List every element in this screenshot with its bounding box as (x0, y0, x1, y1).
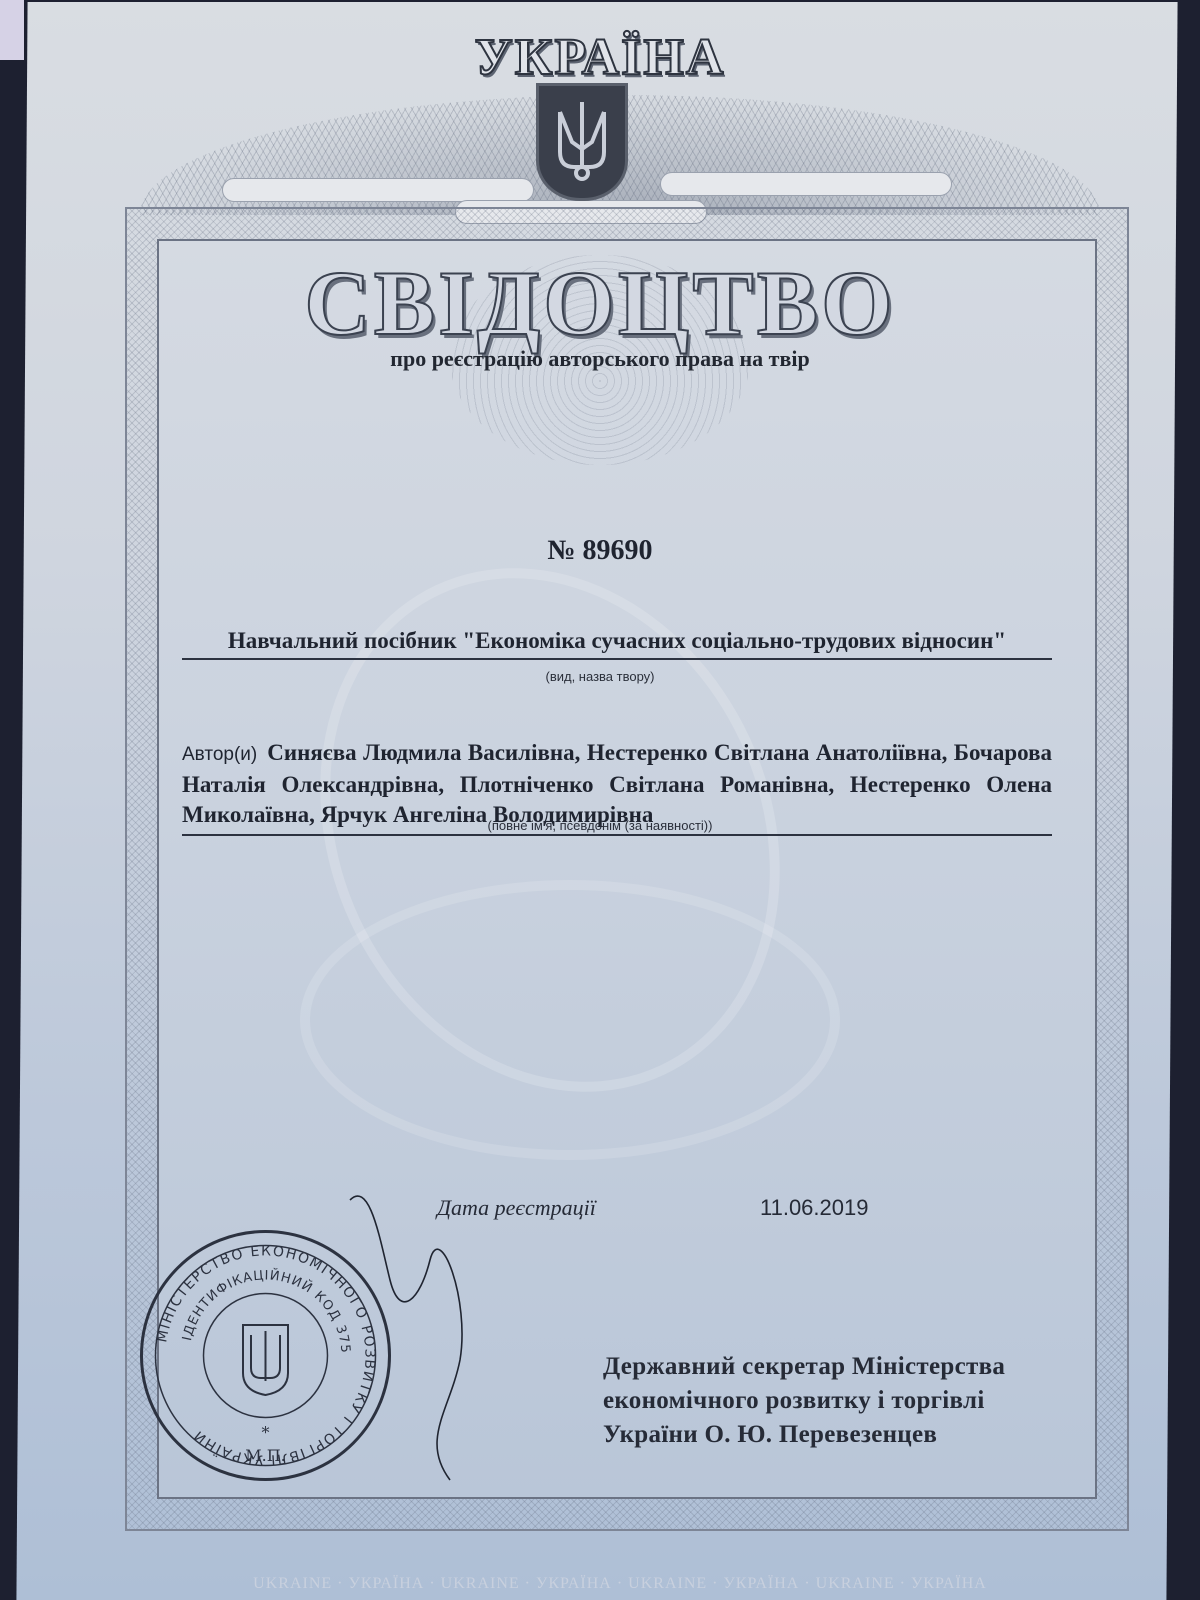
watermark-ornament-lower (300, 880, 840, 1160)
decorative-plate-left (222, 178, 534, 202)
decorative-plate-right (660, 172, 952, 196)
trident-icon (551, 97, 613, 187)
authors-caption: (повне ім'я, псевдонім (за наявності)) (0, 818, 1200, 833)
work-caption: (вид, назва твору) (0, 669, 1200, 684)
certificate-number: № 89690 (0, 535, 1200, 567)
work-title: Навчальний посібник "Економіка сучасних … (182, 628, 1052, 660)
coat-of-arms (536, 83, 628, 201)
signatory-title-line2: економічного розвитку і торгівлі (603, 1384, 1005, 1418)
signatory-name: України О. Ю. Перевезенцев (603, 1418, 1005, 1452)
security-ribbon: UKRAINE · УКРАЇНА · UKRAINE · УКРАЇНА · … (120, 1575, 1120, 1593)
certificate-subtitle: про реєстрацію авторського права на твір (0, 346, 1200, 372)
signature (310, 1180, 560, 1500)
authors-list: Синяєва Людмила Василівна, Нестеренко Св… (182, 740, 1052, 827)
country-heading: УКРАЇНА (0, 28, 1200, 87)
signatory-title-line1: Державний секретар Міністерства (603, 1350, 1005, 1384)
svg-text:М.П.: М.П. (245, 1446, 286, 1465)
signatory-block: Державний секретар Міністерства економіч… (603, 1350, 1005, 1452)
registration-date: 11.06.2019 (760, 1195, 868, 1221)
certificate-title: СВІДОЦТВО (0, 250, 1200, 356)
authors-label: Автор(и) (182, 744, 257, 765)
svg-text:*: * (262, 1423, 270, 1442)
